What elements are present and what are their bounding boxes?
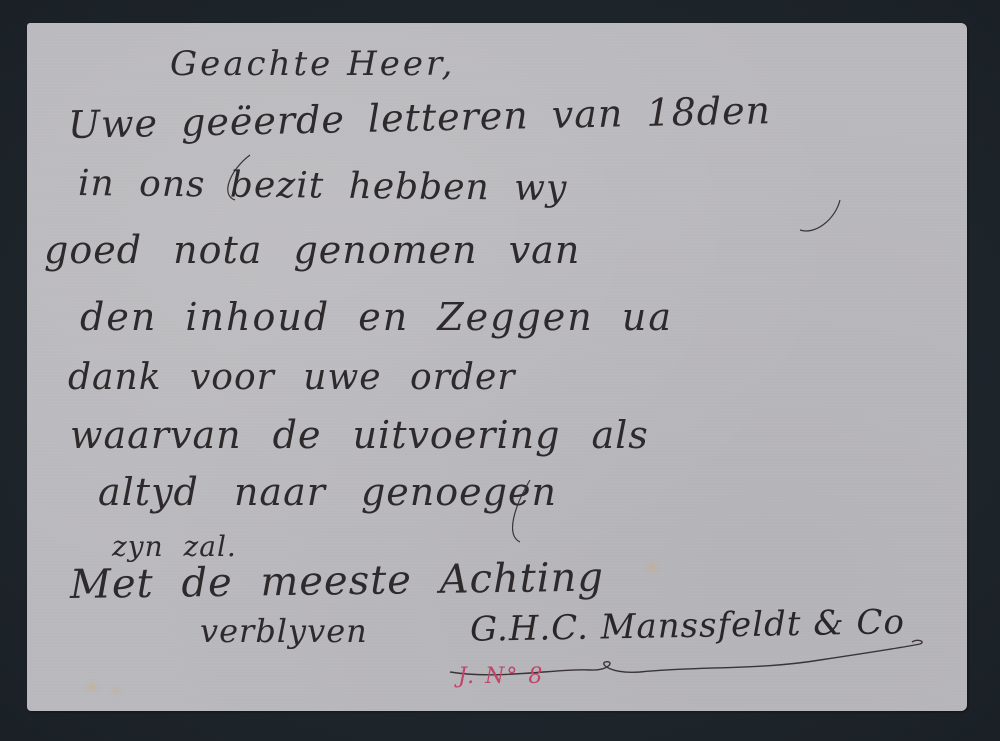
paper-stain [647,563,657,571]
closing-line: Met de meeste Achting [70,555,605,608]
letter-line-5: dank voor uwe order [68,357,515,398]
letter-line-3: goed nota genomen van [44,228,580,272]
letter-line-4: den inhoud en Zeggen ua [80,295,673,339]
paper-stain [87,683,97,691]
paper-stain [113,687,119,693]
closing-verb: verblyven [200,612,368,650]
letter-line-7: altyd naar genoegen [98,470,557,514]
salutation: Geachte Heer, [170,44,455,84]
registry-annotation: J. N° 8 [458,664,544,689]
letter-line-8: zyn zal. [112,530,237,563]
letter-line-6: waarvan de uitvoering als [70,413,649,457]
letter-line-2: in ons bezit hebben wy [78,163,568,209]
